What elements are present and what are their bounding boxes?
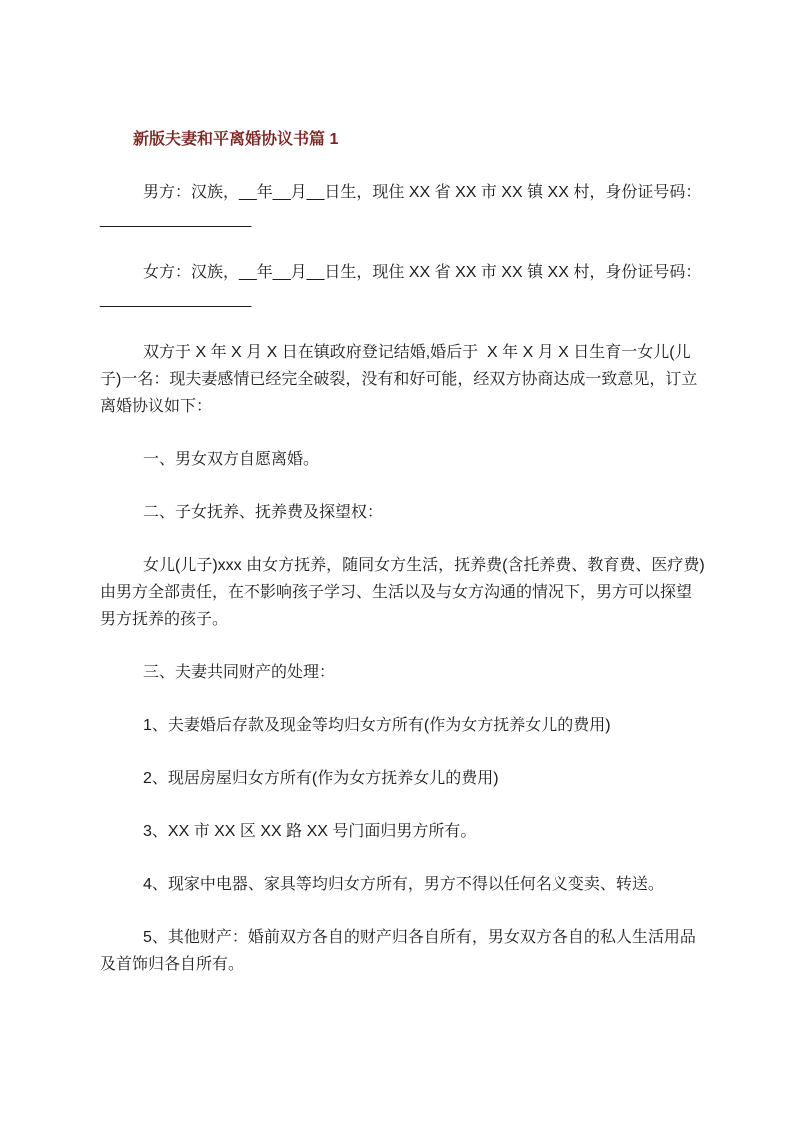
clause-3-property-heading: 三、夫妻共同财产的处理： <box>100 659 707 686</box>
clause-2-custody-heading: 二、子女抚养、抚养费及探望权： <box>100 499 707 526</box>
property-item-5-other: 5、其他财产：婚前双方各自的财产归各自所有，男女双方各自的私人生活用品及首饰归各… <box>100 924 707 978</box>
paragraph-wife-info: 女方：汉族，__年__月__日生，现住 XX 省 XX 市 XX 镇 XX 村，… <box>100 259 707 313</box>
property-item-2-house: 2、现居房屋归女方所有(作为女方抚养女儿的费用) <box>100 765 707 792</box>
property-item-1-savings: 1、夫妻婚后存款及现金等均归女方所有(作为女方抚养女儿的费用) <box>100 712 707 739</box>
clause-2-custody-details: 女儿(儿子)xxx 由女方抚养，随同女方生活，抚养费(含托养费、教育费、医疗费)… <box>100 552 707 633</box>
document-page: 新版夫妻和平离婚协议书篇 1 男方：汉族，__年__月__日生，现住 XX 省 … <box>0 0 793 1122</box>
property-item-3-storefront: 3、XX 市 XX 区 XX 路 XX 号门面归男方所有。 <box>100 818 707 845</box>
paragraph-marriage-background: 双方于 X 年 X 月 X 日在镇政府登记结婚,婚后于 X 年 X 月 X 日生… <box>100 339 707 420</box>
paragraph-husband-info: 男方：汉族，__年__月__日生，现住 XX 省 XX 市 XX 镇 XX 村，… <box>100 179 707 233</box>
clause-1-voluntary-divorce: 一、男女双方自愿离婚。 <box>100 446 707 473</box>
document-title: 新版夫妻和平离婚协议书篇 1 <box>100 126 707 153</box>
property-item-4-appliances: 4、现家中电器、家具等均归女方所有，男方不得以任何名义变卖、转送。 <box>100 871 707 898</box>
